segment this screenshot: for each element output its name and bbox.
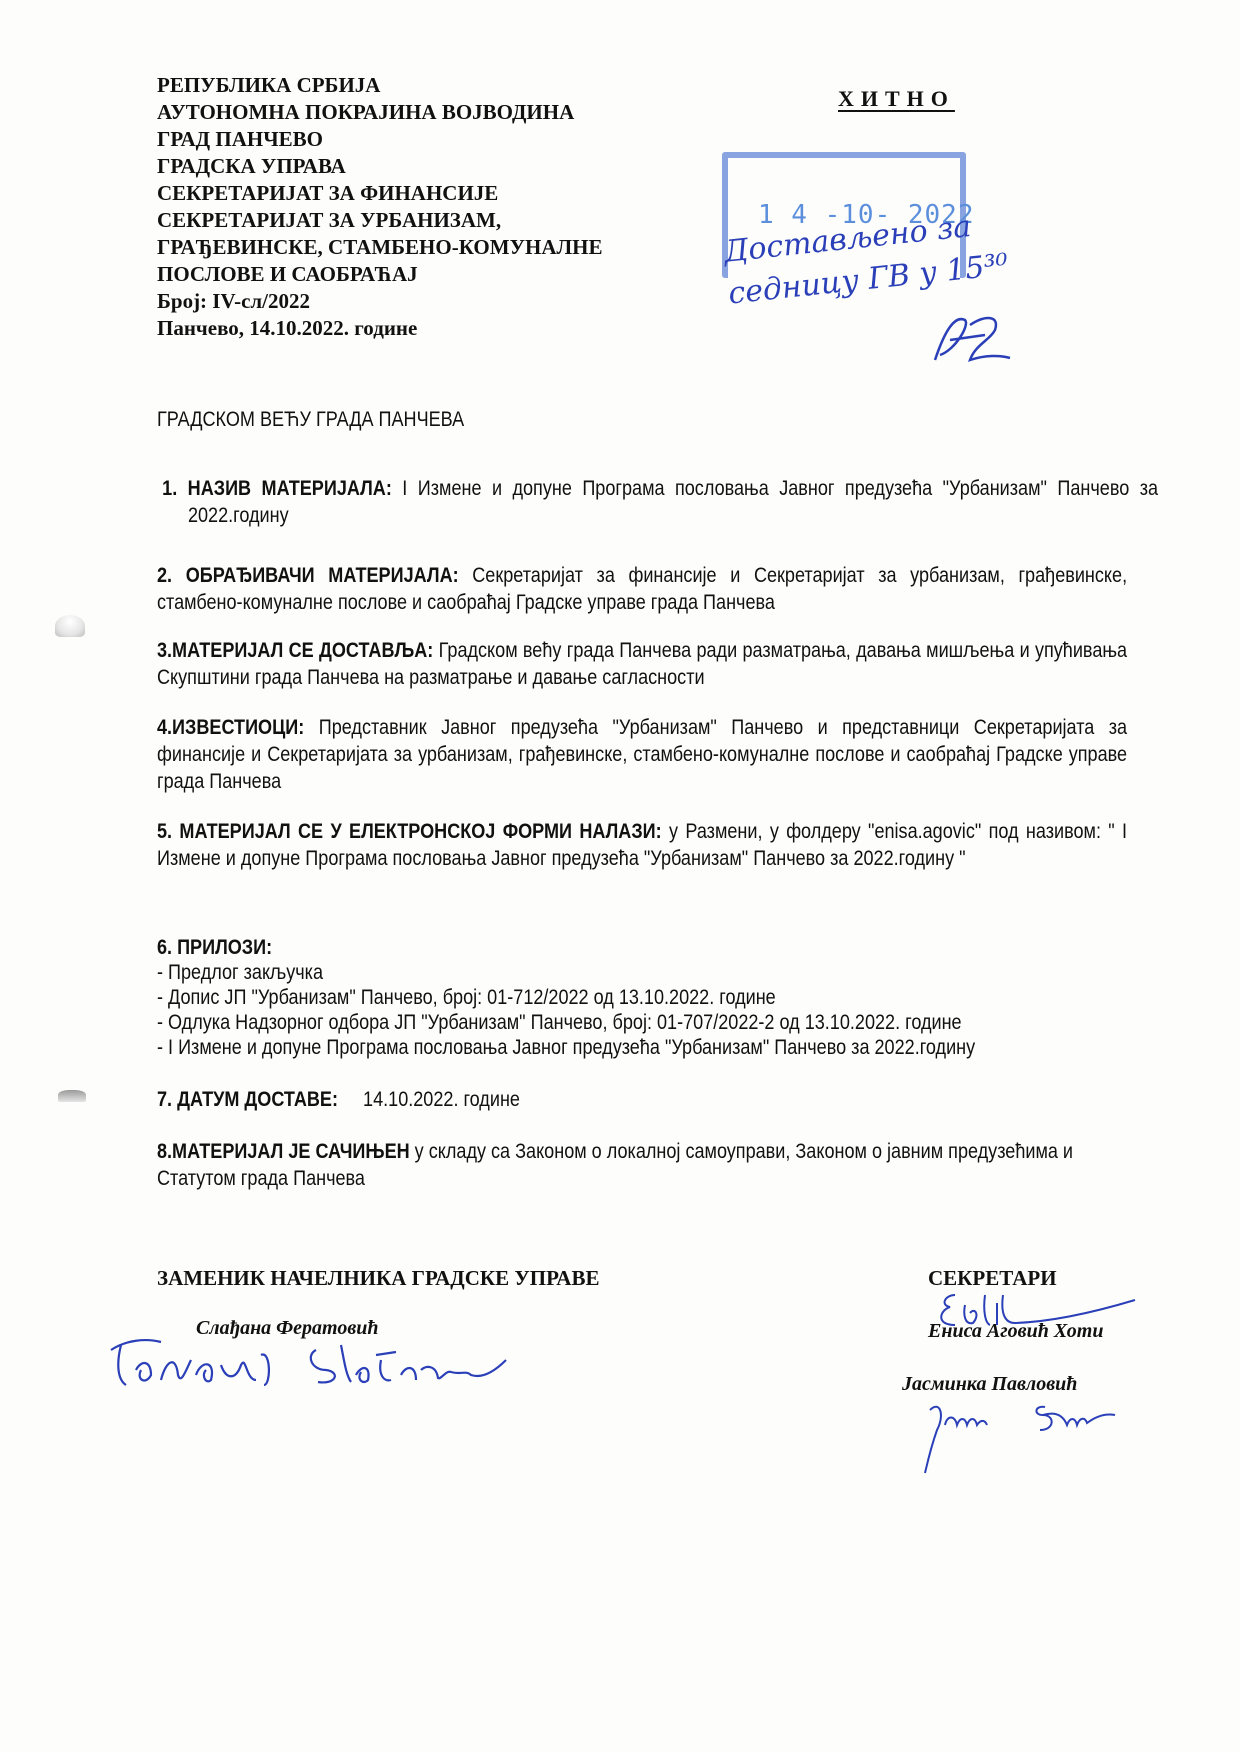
section-legal-basis: 8.МАТЕРИЈАЛ ЈЕ САЧИЊЕН у складу са Закон… [157,1138,1127,1192]
section-label: 1. НАЗИВ МАТЕРИЈАЛА: [162,477,392,500]
letterhead-line: ГРАДСКА УПРАВА [157,153,602,180]
section-authors: 2. ОБРАЂИВАЧИ МАТЕРИЈАЛА: Секретаријат з… [157,562,1127,616]
section-label: 2. ОБРАЂИВАЧИ МАТЕРИЈАЛА: [157,564,459,587]
section-delivered-to: 3.МАТЕРИЈАЛ СЕ ДОСТАВЉА: Градском већу г… [157,637,1127,691]
letterhead-line: АУТОНОМНА ПОКРАЈИНА ВОЈВОДИНА [157,99,602,126]
punch-hole-mark [55,615,85,637]
handwritten-signature-icon [915,1395,1125,1475]
section-rapporteurs: 4.ИЗВЕСТИОЦИ: Представник Јавног предузе… [157,714,1127,795]
attachment-item: - Предлог закључка [157,960,1127,985]
document-number: Број: IV-сл/2022 [157,288,602,315]
letterhead-line: РЕПУБЛИКА СРБИЈА [157,72,602,99]
document-page: РЕПУБЛИКА СРБИЈА АУТОНОМНА ПОКРАЈИНА ВОЈ… [0,0,1240,1752]
section-delivery-date: 7. ДАТУМ ДОСТАВЕ: 14.10.2022. године [157,1086,1127,1113]
letterhead-line: ГРАЂЕВИНСКЕ, СТАМБЕНО-КОМУНАЛНЕ [157,234,602,261]
handwritten-signature-icon [106,1330,536,1400]
signatory-name: Јасминка Павловић [902,1373,1077,1396]
section-attachments: 6. ПРИЛОЗИ: - Предлог закључка - Допис Ј… [157,935,1127,1060]
punch-hole-mark [58,1090,86,1102]
letterhead-line: ПОСЛОВЕ И САОБРАЋАЈ [157,261,602,288]
section-label: 4.ИЗВЕСТИОЦИ: [157,716,304,739]
urgent-label: ХИТНО [838,86,955,112]
letterhead-line: ГРАД ПАНЧЕВО [157,126,602,153]
addressee: ГРАДСКОМ ВЕЋУ ГРАДА ПАНЧЕВА [157,408,464,432]
document-date: Панчево, 14.10.2022. године [157,315,602,342]
section-electronic-location: 5. МАТЕРИЈАЛ СЕ У ЕЛЕКТРОНСКОЈ ФОРМИ НАЛ… [157,818,1127,872]
section-material-name: 1. НАЗИВ МАТЕРИЈАЛА: I Измене и допуне П… [157,475,1127,529]
section-label: 5. МАТЕРИЈАЛ СЕ У ЕЛЕКТРОНСКОЈ ФОРМИ НАЛ… [157,820,662,843]
signatory-title-left: ЗАМЕНИК НАЧЕЛНИКА ГРАДСКЕ УПРАВЕ [157,1266,599,1291]
section-label: 7. ДАТУМ ДОСТАВЕ: [157,1088,338,1111]
letterhead-line: СЕКРЕТАРИЈАТ ЗА ФИНАНСИЈЕ [157,180,602,207]
initials-signature-icon [925,310,1015,370]
attachment-item: - Одлука Надзорног одбора ЈП "Урбанизам"… [157,1010,1127,1035]
section-label: 8.МАТЕРИЈАЛ ЈЕ САЧИЊЕН [157,1140,410,1163]
letterhead: РЕПУБЛИКА СРБИЈА АУТОНОМНА ПОКРАЈИНА ВОЈ… [157,72,602,342]
attachment-item: - I Измене и допуне Програма пословања Ј… [157,1035,1127,1060]
section-label: 6. ПРИЛОЗИ: [157,935,1127,960]
section-label: 3.МАТЕРИЈАЛ СЕ ДОСТАВЉА: [157,639,433,662]
attachment-item: - Допис ЈП "Урбанизам" Панчево, број: 01… [157,985,1127,1010]
letterhead-line: СЕКРЕТАРИЈАТ ЗА УРБАНИЗАМ, [157,207,602,234]
section-text: 14.10.2022. године [338,1088,520,1111]
signatory-name: Eниса Аговић Хоти [928,1320,1103,1343]
